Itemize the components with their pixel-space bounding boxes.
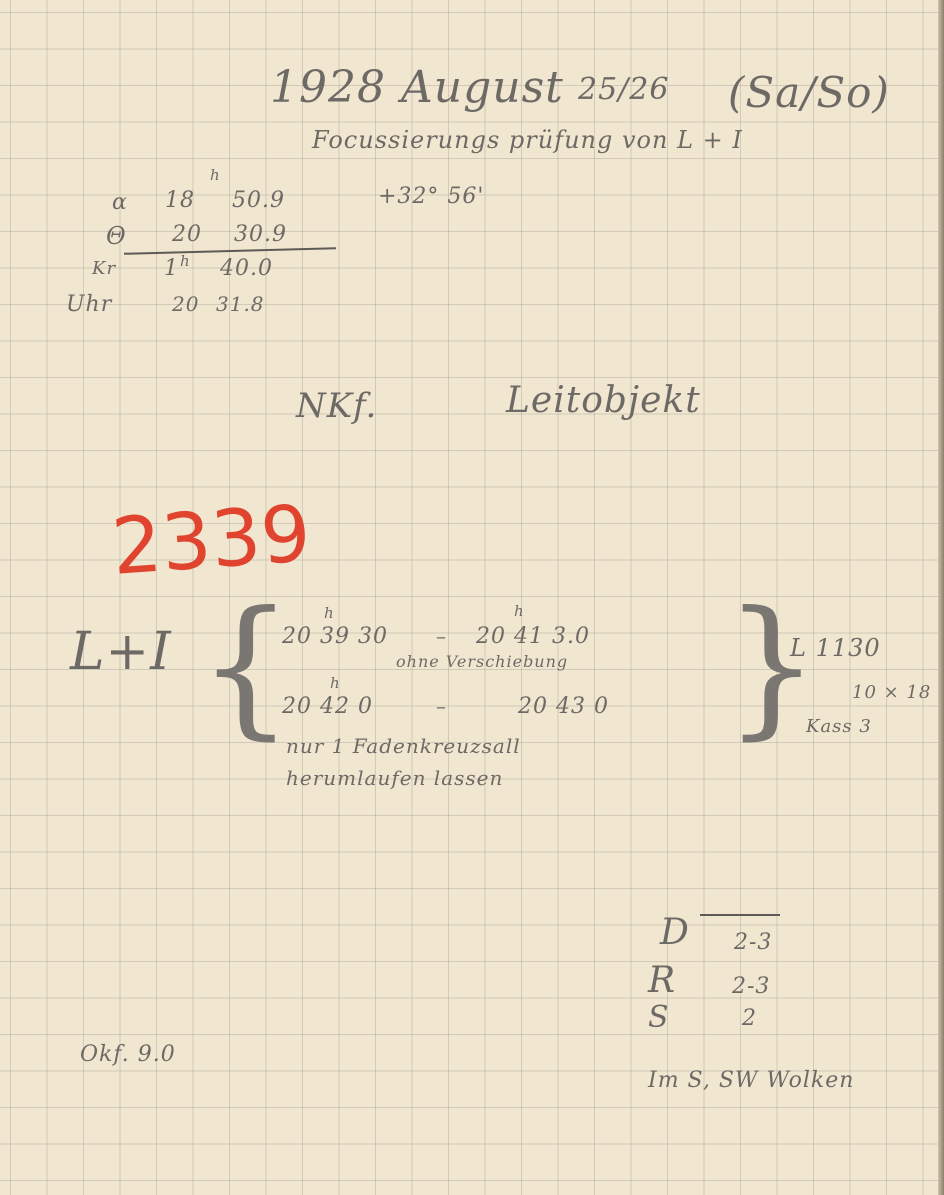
plate-size: 10 × 18 (852, 682, 931, 703)
weather-note: Im S, SW Wolken (648, 1068, 854, 1093)
exposure-1-start-unit: h (324, 604, 334, 622)
notebook-page: { "header": { "date": "1928 August", "da… (0, 0, 944, 1195)
eyepiece-note: Okf. 9.0 (80, 1042, 176, 1067)
exposure-2-start: 20 42 0 (282, 694, 373, 719)
coord-hours-uhr: 20 (172, 292, 199, 316)
coord-value-kr: 40.0 (220, 256, 273, 281)
condition-label-r: R (648, 960, 676, 1001)
coord-hours-alpha: 18 (165, 188, 195, 213)
condition-value-d: 2-3 (734, 930, 772, 955)
sum-rule (124, 247, 336, 255)
coord-label-alpha: α (112, 190, 128, 215)
plate-series: L 1130 (790, 634, 881, 662)
coord-unit-alpha: h (210, 166, 220, 184)
coord-hours-theta: 20 (172, 222, 202, 247)
coord-hours-kr: 1 (164, 256, 179, 281)
condition-label-s: S (648, 1000, 670, 1035)
weekday-note: (Sa/So) (728, 68, 890, 117)
exposure-1-end-unit: h (514, 602, 524, 620)
condition-label-d: D (660, 912, 690, 953)
coord-label-uhr: Uhr (66, 292, 112, 317)
cassette: Kass 3 (806, 716, 872, 737)
note-crosshair: nur 1 Fadenkreuzsall (286, 734, 521, 758)
subtitle: Focussierungs prüfung von L + I (312, 126, 743, 154)
note-run-around: herumlaufen lassen (286, 766, 503, 790)
catalog-ref: NKf. (296, 386, 377, 426)
exposure-1-start: 20 39 30 (282, 624, 388, 649)
left-brace: { (198, 592, 293, 742)
coord-value-alpha: 50.9 (232, 188, 285, 213)
coord-unit-kr: h (180, 252, 190, 270)
exposure-1-end: 20 41 3.0 (476, 624, 590, 649)
day-fraction: 25/26 (578, 72, 669, 107)
conditions-rule (700, 914, 780, 916)
exposure-1-dash: – (436, 624, 447, 648)
coord-value-uhr: 31.8 (216, 292, 265, 316)
coord-value-theta: 30.9 (234, 222, 287, 247)
exposure-2-start-unit: h (330, 674, 340, 692)
condition-value-r: 2-3 (732, 974, 770, 999)
date-heading: 1928 August (270, 62, 564, 113)
condition-value-s: 2 (742, 1006, 757, 1031)
coord-label-theta: Θ (106, 222, 127, 250)
exposure-label: L+I (70, 622, 172, 682)
exposure-2-dash: – (436, 694, 447, 718)
declination: +32° 56' (378, 184, 484, 209)
object-name: Leitobjekt (506, 380, 701, 421)
plate-number: 2339 (109, 489, 313, 593)
coord-label-kr: Kr (92, 258, 116, 279)
exposure-2-end: 20 43 0 (518, 694, 609, 719)
page-edge (938, 0, 944, 1195)
note-no-shift: ohne Verschiebung (396, 652, 568, 671)
